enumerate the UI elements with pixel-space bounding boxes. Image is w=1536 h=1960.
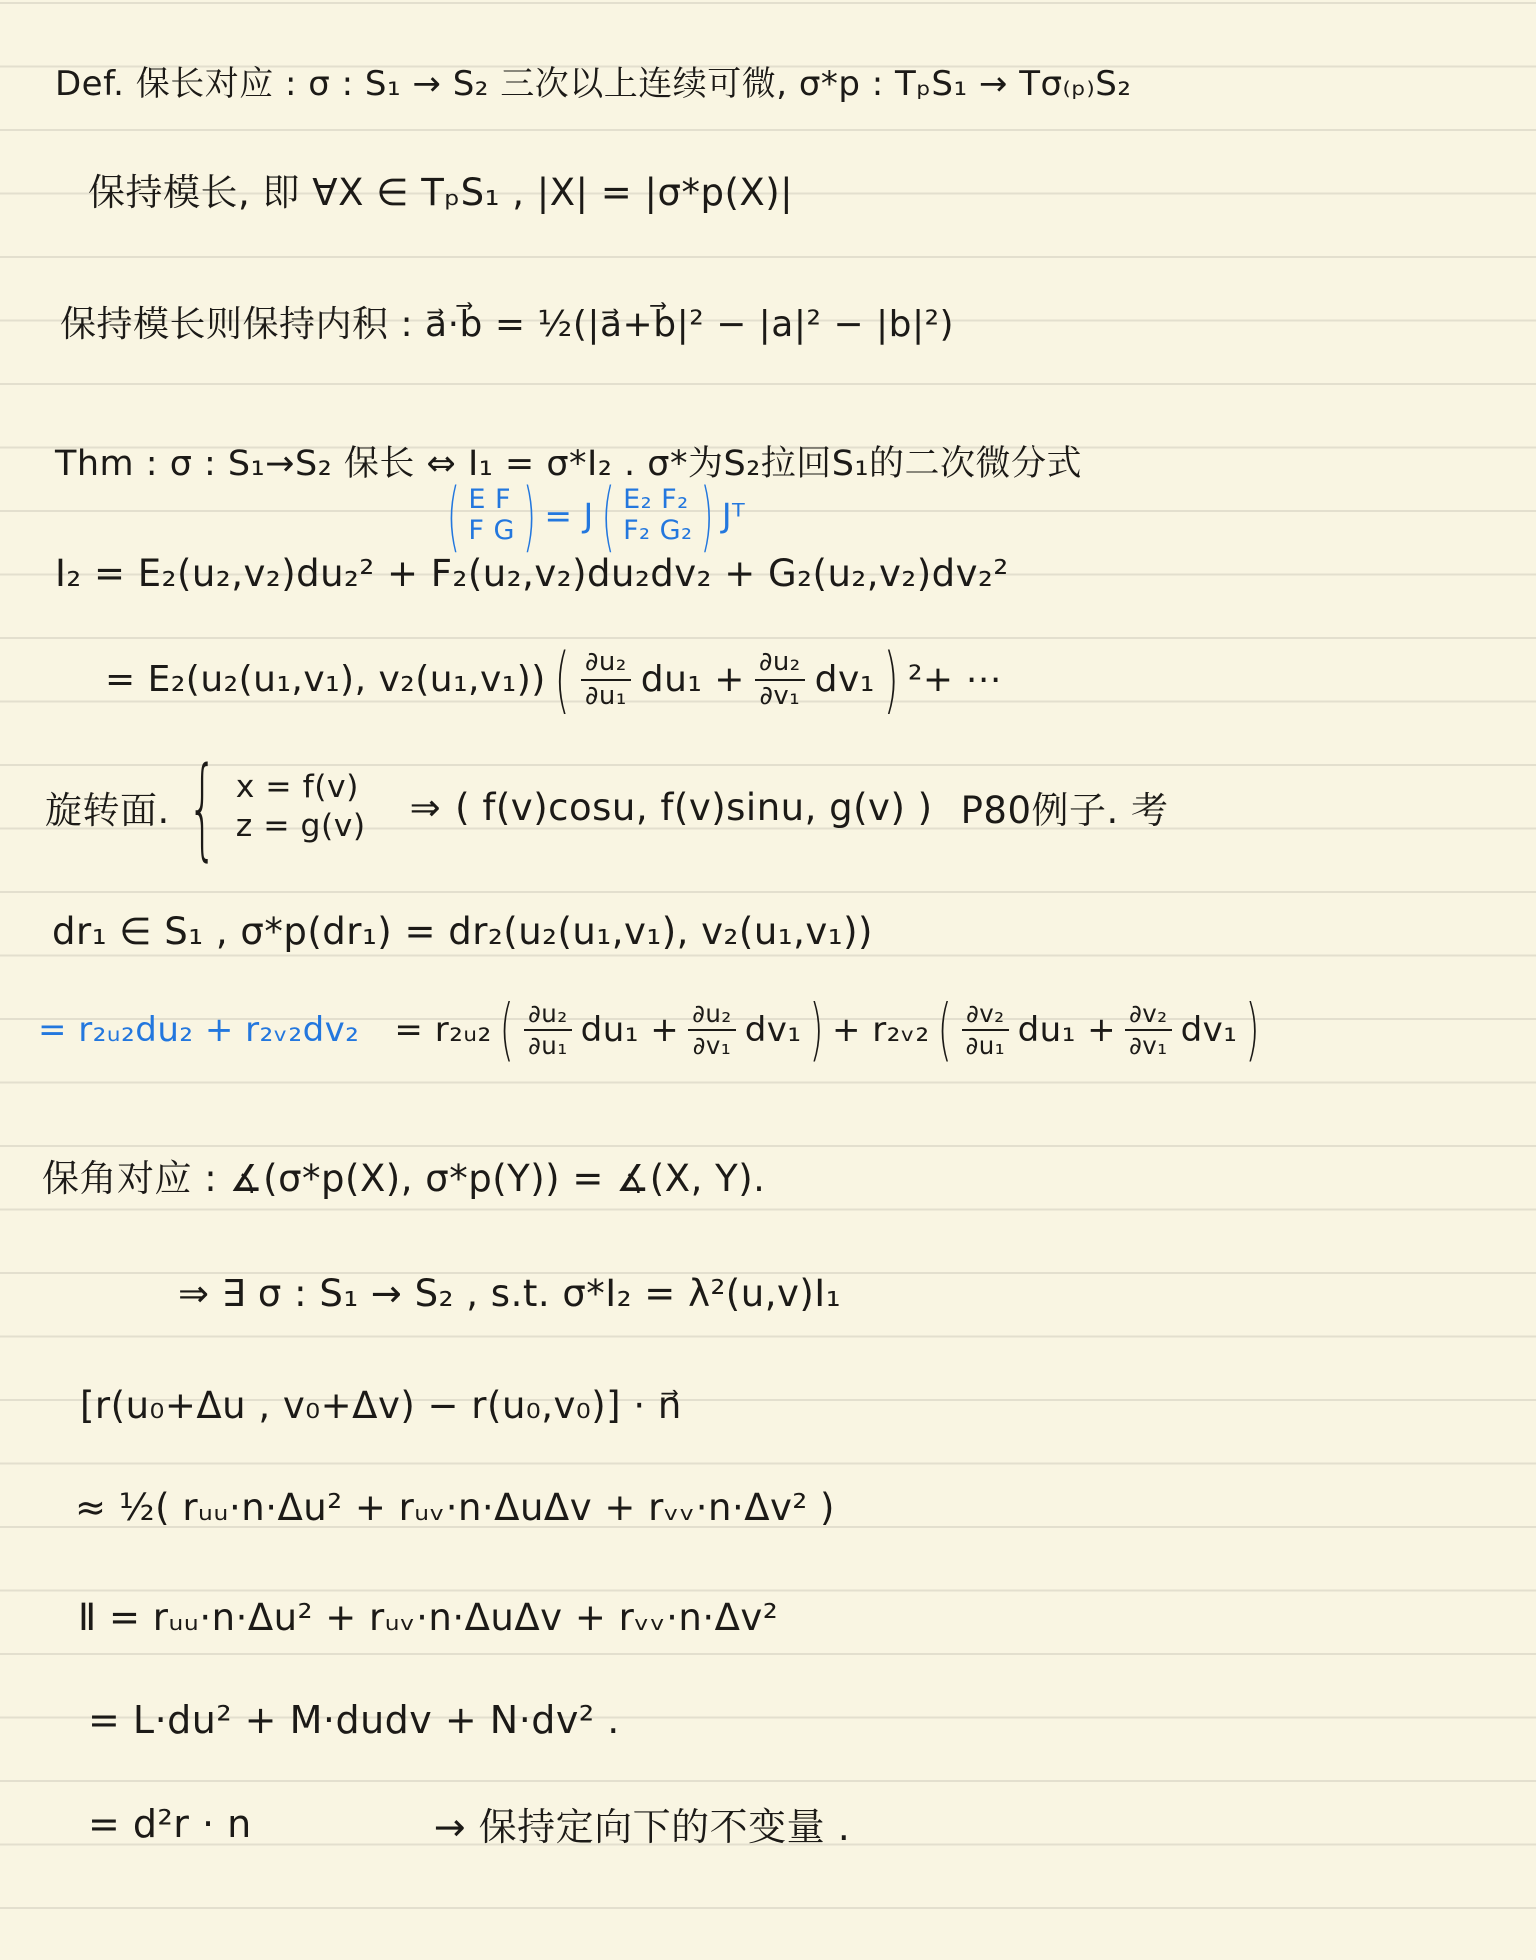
- plus-term: + r₂ᵥ₂: [832, 1010, 930, 1050]
- frac-num: ∂v₂: [1125, 1000, 1171, 1031]
- frac-den: ∂u₁: [528, 1031, 567, 1060]
- e2-power: ²+ ⋯: [908, 659, 1002, 700]
- angle-text: 保角对应 : ∡(σ*p(X), σ*p(Y)) = ∡(X, Y).: [42, 1148, 765, 1202]
- open-paren: (: [555, 638, 570, 722]
- frac-den: ∂v₁: [693, 1031, 731, 1060]
- open-paren: (: [500, 991, 514, 1069]
- dr2-eq2-head: = r₂ᵤ₂: [394, 1010, 491, 1050]
- case-z: z = g(v): [236, 807, 366, 846]
- lmn-text: = L·du² + M·dudv + N·dv² .: [88, 1698, 620, 1742]
- line-jacobian-matrix: ( E F F G ) = J ( E₂ F₂ F₂ G₂ ) Jᵀ: [445, 484, 745, 546]
- revolution-label: 旋转面.: [45, 780, 170, 834]
- line-first-form-expanded: = E₂(u₂(u₁,v₁), v₂(u₁,v₁)) ( ∂u₂ ∂u₁ du₁…: [105, 648, 1002, 712]
- close-paren: ): [700, 470, 713, 560]
- line-def-isometry: Def. 保长对应 : σ : S₁ → S₂ 三次以上连续可微, σ*p : …: [55, 56, 1131, 105]
- norm-text: 保持模长, 即 ∀X ∈ TₚS₁ , |X| = |σ*p(X)|: [88, 162, 793, 216]
- line-revolution-surface: 旋转面. { x = f(v) z = g(v) ⇒ ( f(v)cosu, f…: [45, 768, 1169, 847]
- close-paren: ): [523, 470, 536, 560]
- i2-text: I₂ = E₂(u₂,v₂)du₂² + F₂(u₂,v₂)du₂dv₂ + G…: [55, 552, 1009, 595]
- tail-term: dv₁: [745, 1010, 802, 1050]
- matrix-first-form: E F F G: [468, 484, 515, 546]
- partial-fraction: ∂v₂ ∂v₁: [1125, 1000, 1171, 1060]
- line-dr-pushforward: dr₁ ∈ S₁ , σ*p(dr₁) = dr₂(u₂(u₁,v₁), v₂(…: [52, 910, 873, 953]
- dr2-blue-expansion: = r₂ᵤ₂du₂ + r₂ᵥ₂dv₂: [38, 1010, 359, 1050]
- line-differential-expansion: = r₂ᵤ₂du₂ + r₂ᵥ₂dv₂ = r₂ᵤ₂ ( ∂u₂ ∂u₁ du₁…: [38, 1000, 1261, 1060]
- jacobian-transpose: Jᵀ: [722, 496, 745, 535]
- line-d2r: = d²r · n → 保持定向下的不变量 .: [88, 1796, 850, 1851]
- frac-den: ∂u₁: [966, 1031, 1005, 1060]
- line-exists-sigma: ⇒ ∃ σ : S₁ → S₂ , s.t. σ*I₂ = λ²(u,v)I₁: [178, 1272, 841, 1315]
- revolution-parametrization: ( f(v)cosu, f(v)sinu, g(v) ): [455, 786, 932, 829]
- matrix-row: F₂ G₂: [623, 515, 692, 546]
- mid-term: du₁ +: [581, 1010, 680, 1050]
- exists-text: ⇒ ∃ σ : S₁ → S₂ , s.t. σ*I₂ = λ²(u,v)I₁: [178, 1272, 841, 1315]
- line-conformal: 保角对应 : ∡(σ*p(X), σ*p(Y)) = ∡(X, Y).: [42, 1148, 765, 1202]
- mid-term: du₁ +: [1018, 1010, 1117, 1050]
- partial-fraction: ∂u₂ ∂u₁: [581, 648, 631, 712]
- matrix-row: F G: [468, 515, 515, 546]
- inner-text: 保持模长则保持内积 : a⃗·b⃗ = ½(|a⃗+b⃗|² − |a|² − …: [60, 296, 954, 347]
- notebook-page: Def. 保长对应 : σ : S₁ → S₂ 三次以上连续可微, σ*p : …: [0, 0, 1536, 1960]
- jacobian-equals: = J: [544, 496, 593, 535]
- partial-fraction: ∂u₂ ∂v₁: [688, 1000, 735, 1060]
- d2r-remark: → 保持定向下的不变量 .: [434, 1796, 851, 1851]
- implies-arrow: ⇒: [410, 786, 442, 829]
- frac-den: ∂v₁: [759, 681, 800, 712]
- frac-num: ∂u₂: [755, 648, 805, 681]
- line-norm-preserving: 保持模长, 即 ∀X ∈ TₚS₁ , |X| = |σ*p(X)|: [88, 162, 793, 216]
- line-taylor-difference: [r(u₀+Δu , v₀+Δv) − r(u₀,v₀)] · n⃗: [80, 1384, 682, 1427]
- cases-brace: {: [188, 743, 218, 873]
- def-text: Def. 保长对应 : σ : S₁ → S₂ 三次以上连续可微, σ*p : …: [55, 56, 1131, 105]
- close-paren: ): [1245, 991, 1259, 1069]
- revolution-note: P80例子. 考: [961, 780, 1169, 834]
- matrix-row: E₂ F₂: [623, 484, 688, 515]
- matrix-row: E F: [468, 484, 511, 515]
- case-x: x = f(v): [236, 768, 359, 807]
- d2r-text: = d²r · n: [88, 1802, 252, 1846]
- line-first-form-i2: I₂ = E₂(u₂,v₂)du₂² + F₂(u₂,v₂)du₂dv₂ + G…: [55, 552, 1009, 595]
- partial-fraction: ∂v₂ ∂u₁: [962, 1000, 1008, 1060]
- cases-block: x = f(v) z = g(v): [236, 768, 366, 847]
- e2-mid: du₁ +: [641, 659, 745, 700]
- e2-tail: dv₁: [815, 659, 875, 700]
- line-theorem: Thm : σ : S₁→S₂ 保长 ⇔ I₁ = σ*I₂ . σ*为S₂拉回…: [55, 436, 1082, 486]
- tail-term: dv₁: [1181, 1010, 1238, 1050]
- frac-num: ∂u₂: [688, 1000, 735, 1031]
- matrix-second-surface: E₂ F₂ F₂ G₂: [623, 484, 692, 546]
- taylor-text: [r(u₀+Δu , v₀+Δv) − r(u₀,v₀)] · n⃗: [80, 1384, 682, 1427]
- thm-text: Thm : σ : S₁→S₂ 保长 ⇔ I₁ = σ*I₂ . σ*为S₂拉回…: [55, 436, 1082, 486]
- line-lmn: = L·du² + M·dudv + N·dv² .: [88, 1698, 620, 1742]
- line-second-form: Ⅱ = rᵤᵤ·n·Δu² + rᵤᵥ·n·ΔuΔv + rᵥᵥ·n·Δv²: [78, 1596, 778, 1639]
- e2-prefix: = E₂(u₂(u₁,v₁), v₂(u₁,v₁)): [105, 659, 546, 700]
- approx-text: ≈ ½( rᵤᵤ·n·Δu² + rᵤᵥ·n·ΔuΔv + rᵥᵥ·n·Δv² …: [75, 1486, 835, 1529]
- frac-den: ∂v₁: [1129, 1031, 1167, 1060]
- open-paren: (: [938, 991, 952, 1069]
- frac-den: ∂u₁: [585, 681, 627, 712]
- partial-fraction: ∂u₂ ∂v₁: [755, 648, 805, 712]
- second-form-text: Ⅱ = rᵤᵤ·n·Δu² + rᵤᵥ·n·ΔuΔv + rᵥᵥ·n·Δv²: [78, 1596, 778, 1639]
- frac-num: ∂u₂: [524, 1000, 571, 1031]
- frac-num: ∂u₂: [581, 648, 631, 681]
- partial-fraction: ∂u₂ ∂u₁: [524, 1000, 571, 1060]
- close-paren: ): [810, 991, 824, 1069]
- line-approx-quadratic: ≈ ½( rᵤᵤ·n·Δu² + rᵤᵥ·n·ΔuΔv + rᵥᵥ·n·Δv² …: [75, 1486, 835, 1529]
- open-paren: (: [447, 470, 460, 560]
- open-paren: (: [602, 470, 615, 560]
- dr-text: dr₁ ∈ S₁ , σ*p(dr₁) = dr₂(u₂(u₁,v₁), v₂(…: [52, 910, 873, 953]
- close-paren: ): [884, 638, 899, 722]
- frac-num: ∂v₂: [962, 1000, 1008, 1031]
- line-inner-product: 保持模长则保持内积 : a⃗·b⃗ = ½(|a⃗+b⃗|² − |a|² − …: [60, 296, 954, 347]
